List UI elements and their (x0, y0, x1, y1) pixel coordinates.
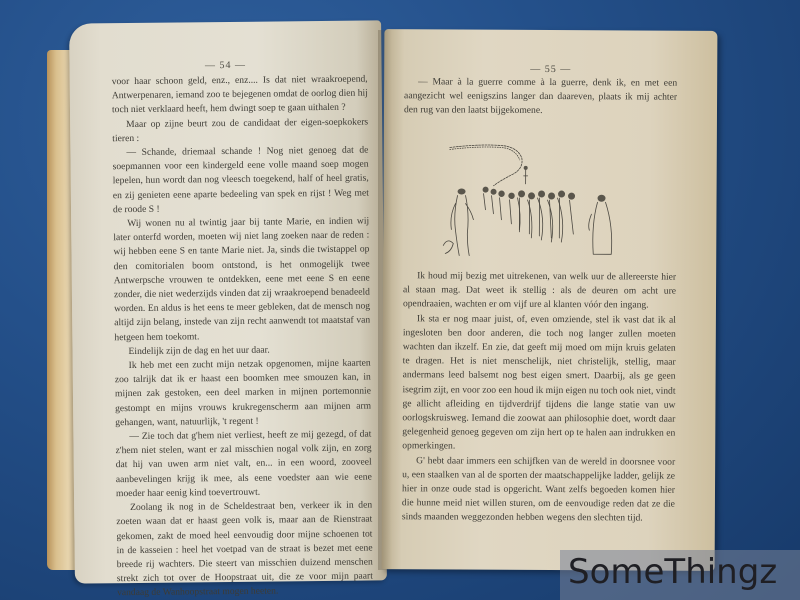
paragraph: — Schande, driemaal schande ! Nog niet g… (112, 144, 369, 218)
paragraph: Ik sta er nog maar juist, of, even omzie… (402, 312, 676, 455)
paragraph: Wij wonen nu al twintig jaar bij tante M… (113, 215, 370, 346)
paragraph: Zoolang ik nog in de Scheldestraat ben, … (116, 499, 373, 600)
left-page-text: voor haar schoon geld, enz., enz.... Is … (112, 73, 373, 600)
paragraph: Ik houd mij bezig met uitrekenen, van we… (403, 269, 676, 313)
right-page-text-top: — Maar à la guerre comme à la guerre, de… (404, 75, 677, 119)
paragraph: G' hebt daar immers een schijfken van de… (402, 454, 675, 526)
book-spine-shadow (378, 30, 392, 570)
paragraph: voor haar schoon geld, enz., enz.... Is … (112, 73, 368, 118)
open-book: — 54 — voor haar schoon geld, enz., enz.… (0, 0, 800, 600)
paragraph: Maar op zijne beurt zou de candidaat der… (112, 115, 368, 146)
queue-sketch-illustration (441, 133, 622, 264)
paragraph: — Maar à la guerre comme à la guerre, de… (404, 75, 677, 119)
left-page: — 54 — voor haar schoon geld, enz., enz.… (69, 20, 387, 583)
page-number-right: — 55 — (384, 63, 717, 76)
right-page: — 55 — — Maar à la guerre comme à la gue… (382, 29, 718, 571)
right-page-text-bottom: Ik houd mij bezig met uitrekenen, van we… (402, 269, 676, 526)
page-number-left: — 54 — (69, 58, 381, 72)
paragraph: — Zie toch dat g'hem niet verliest, heef… (115, 428, 372, 502)
paragraph: Ik heb met een zucht mijn netzak opgenom… (115, 357, 372, 431)
watermark-logo: SomeThingz (568, 552, 777, 592)
